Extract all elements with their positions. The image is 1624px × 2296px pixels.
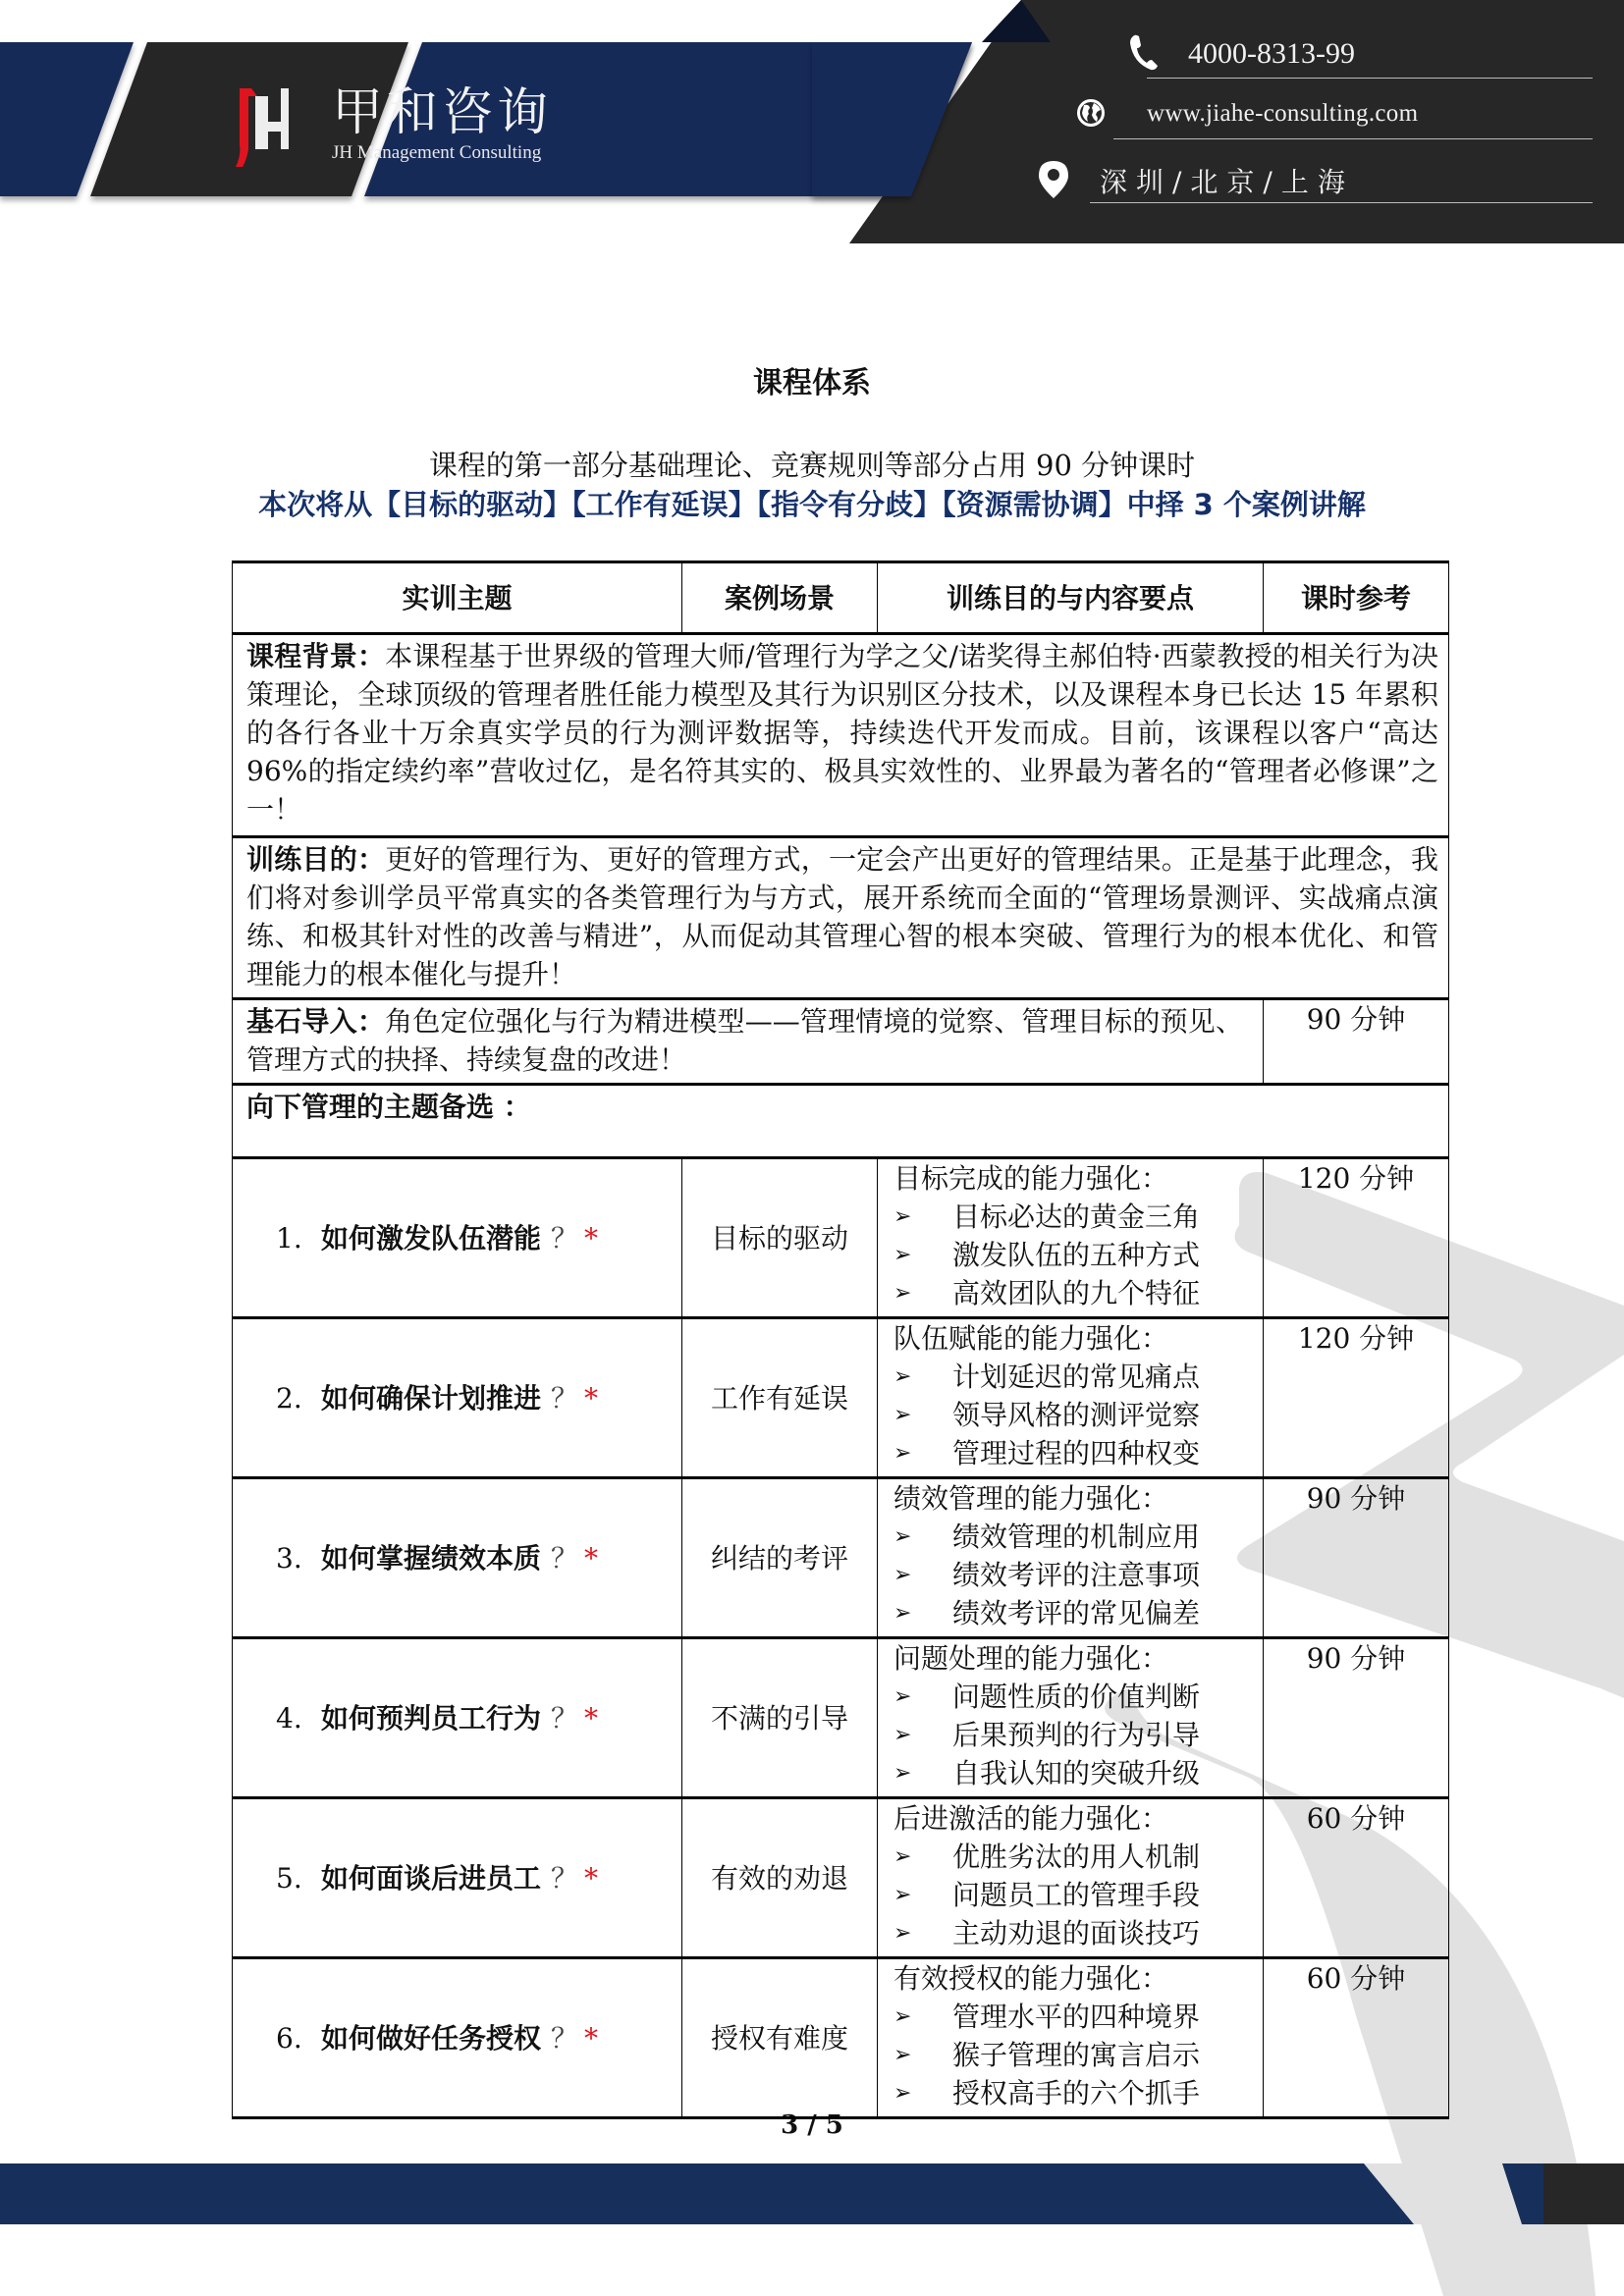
foundation-row: 基石导入：角色定位强化与行为精进模型——管理情境的觉察、管理目标的预见、管理方式…: [233, 999, 1449, 1085]
point-text: 优胜劣汰的用人机制: [952, 1838, 1200, 1876]
topic-cell: 1.如何激发队伍潜能？*: [233, 1158, 682, 1318]
point-text: 管理水平的四种境界: [952, 1998, 1200, 2036]
topic-cell: 3.如何掌握绩效本质？*: [233, 1478, 682, 1638]
duration-cell: 60 分钟: [1264, 1958, 1449, 2118]
background-label: 课程背景：: [246, 640, 385, 672]
arrow-bullet-icon: ➢: [893, 1396, 952, 1434]
list-item: ➢高效团队的九个特征: [893, 1274, 1257, 1312]
scene-cell: 有效的劝退: [682, 1798, 878, 1958]
point-text: 后果预判的行为引导: [952, 1716, 1200, 1754]
phone-icon: [1129, 33, 1159, 71]
header-purpose-points: 训练目的与内容要点: [878, 562, 1264, 634]
arrow-bullet-icon: ➢: [893, 1678, 952, 1716]
scene-cell: 工作有延误: [682, 1318, 878, 1478]
points-cell: 目标完成的能力强化： ➢目标必达的黄金三角 ➢激发队伍的五种方式 ➢高效团队的九…: [878, 1158, 1264, 1318]
arrow-bullet-icon: ➢: [893, 2074, 952, 2112]
subtitle-duration-note: 课程的第一部分基础理论、竞赛规则等部分占用 90 分钟课时: [0, 444, 1624, 484]
points-cell: 队伍赋能的能力强化： ➢计划延迟的常见痛点 ➢领导风格的测评觉察 ➢管理过程的四…: [878, 1318, 1264, 1478]
topic-number: 1.: [276, 1219, 321, 1257]
point-text: 问题员工的管理手段: [952, 1876, 1200, 1914]
point-text: 领导风格的测评觉察: [952, 1396, 1200, 1434]
subtitle-case-selection: 本次将从【目标的驱动】【工作有延误】【指令有分歧】【资源需协调】中择 3 个案例…: [0, 483, 1624, 523]
logo-name-en: JH Management Consulting: [332, 142, 541, 164]
recommended-star-icon: *: [584, 1542, 598, 1575]
topic-number: 6.: [276, 2019, 321, 2057]
arrow-bullet-icon: ➢: [893, 1754, 952, 1792]
recommended-star-icon: *: [584, 2022, 598, 2055]
arrow-bullet-icon: ➢: [893, 2036, 952, 2074]
focus-heading: 队伍赋能的能力强化：: [893, 1319, 1257, 1358]
arrow-bullet-icon: ➢: [893, 1274, 952, 1312]
purpose-label: 训练目的：: [246, 843, 385, 876]
scene-cell: 不满的引导: [682, 1638, 878, 1798]
jh-logo-mark-icon: [234, 88, 293, 167]
list-item: ➢后果预判的行为引导: [893, 1716, 1257, 1754]
arrow-bullet-icon: ➢: [893, 1914, 952, 1952]
foundation-duration: 90 分钟: [1264, 999, 1449, 1085]
topic-title: 如何面谈后进员工: [321, 1862, 541, 1895]
scene-cell: 授权有难度: [682, 1958, 878, 2118]
table-header-row: 实训主题 案例场景 训练目的与内容要点 课时参考: [233, 562, 1449, 634]
point-text: 主动劝退的面谈技巧: [952, 1914, 1200, 1952]
foundation-text: 角色定位强化与行为精进模型——管理情境的觉察、管理目标的预见、管理方式的抉择、持…: [246, 1005, 1243, 1076]
arrow-bullet-icon: ➢: [893, 1876, 952, 1914]
point-text: 计划延迟的常见痛点: [952, 1358, 1200, 1396]
list-item: ➢自我认知的突破升级: [893, 1754, 1257, 1792]
point-text: 绩效管理的机制应用: [952, 1518, 1200, 1556]
phone-number: 4000-8313-99: [1188, 37, 1355, 71]
focus-heading: 有效授权的能力强化：: [893, 1959, 1257, 1998]
arrow-bullet-icon: ➢: [893, 1198, 952, 1236]
point-text: 猴子管理的寓言启示: [952, 2036, 1200, 2074]
topic-cell: 4.如何预判员工行为？*: [233, 1638, 682, 1798]
list-item: ➢优胜劣汰的用人机制: [893, 1838, 1257, 1876]
arrow-bullet-icon: ➢: [893, 1434, 952, 1472]
focus-heading: 绩效管理的能力强化：: [893, 1479, 1257, 1518]
points-cell: 后进激活的能力强化： ➢优胜劣汰的用人机制 ➢问题员工的管理手段 ➢主动劝退的面…: [878, 1798, 1264, 1958]
section-heading-row: 向下管理的主题备选 ：: [233, 1085, 1449, 1158]
focus-heading: 后进激活的能力强化：: [893, 1799, 1257, 1838]
topic-number: 5.: [276, 1859, 321, 1897]
course-table: 实训主题 案例场景 训练目的与内容要点 课时参考 课程背景：本课程基于世界级的管…: [232, 561, 1449, 2119]
section-heading: 向下管理的主题备选 ：: [246, 1091, 531, 1123]
topic-question-mark: ？: [551, 1382, 578, 1415]
point-text: 问题性质的价值判断: [952, 1678, 1200, 1716]
purpose-row: 训练目的：更好的管理行为、更好的管理方式，一定会产出更好的管理结果。正是基于此理…: [233, 837, 1449, 999]
globe-icon: [1077, 99, 1105, 127]
point-text: 高效团队的九个特征: [952, 1274, 1200, 1312]
header-scene: 案例场景: [682, 562, 878, 634]
point-text: 绩效考评的注意事项: [952, 1556, 1200, 1594]
phone-underline: [1147, 78, 1593, 79]
point-text: 目标必达的黄金三角: [952, 1198, 1200, 1236]
topic-question-mark: ？: [551, 1862, 578, 1895]
list-item: ➢问题员工的管理手段: [893, 1876, 1257, 1914]
duration-cell: 120 分钟: [1264, 1318, 1449, 1478]
page-title: 课程体系: [0, 358, 1624, 401]
arrow-bullet-icon: ➢: [893, 1358, 952, 1396]
arrow-bullet-icon: ➢: [893, 1838, 952, 1876]
scene-cell: 目标的驱动: [682, 1158, 878, 1318]
list-item: ➢绩效考评的常见偏差: [893, 1594, 1257, 1632]
topic-question-mark: ？: [551, 2022, 578, 2055]
topic-number: 3.: [276, 1539, 321, 1577]
list-item: ➢领导风格的测评觉察: [893, 1396, 1257, 1434]
topic-title: 如何掌握绩效本质: [321, 1542, 541, 1575]
points-cell: 绩效管理的能力强化： ➢绩效管理的机制应用 ➢绩效考评的注意事项 ➢绩效考评的常…: [878, 1478, 1264, 1638]
arrow-bullet-icon: ➢: [893, 1556, 952, 1594]
points-cell: 有效授权的能力强化： ➢管理水平的四种境界 ➢猴子管理的寓言启示 ➢授权高手的六…: [878, 1958, 1264, 2118]
recommended-star-icon: *: [584, 1222, 598, 1255]
list-item: ➢主动劝退的面谈技巧: [893, 1914, 1257, 1952]
topic-number: 4.: [276, 1699, 321, 1737]
table-row: 1.如何激发队伍潜能？* 目标的驱动 目标完成的能力强化： ➢目标必达的黄金三角…: [233, 1158, 1449, 1318]
arrow-bullet-icon: ➢: [893, 1236, 952, 1274]
recommended-star-icon: *: [584, 1862, 598, 1895]
location-underline: [1090, 202, 1593, 203]
list-item: ➢授权高手的六个抓手: [893, 2074, 1257, 2112]
table-row: 2.如何确保计划推进？* 工作有延误 队伍赋能的能力强化： ➢计划延迟的常见痛点…: [233, 1318, 1449, 1478]
foundation-label: 基石导入：: [246, 1005, 385, 1038]
location-pin-icon: [1039, 161, 1068, 198]
table-row: 5.如何面谈后进员工？* 有效的劝退 后进激活的能力强化： ➢优胜劣汰的用人机制…: [233, 1798, 1449, 1958]
topic-title: 如何做好任务授权: [321, 2022, 541, 2055]
background-row: 课程背景：本课程基于世界级的管理大师/管理行为学之父/诺奖得主郝伯特·西蒙教授的…: [233, 634, 1449, 837]
point-text: 管理过程的四种权变: [952, 1434, 1200, 1472]
recommended-star-icon: *: [584, 1702, 598, 1735]
header-duration: 课时参考: [1264, 562, 1449, 634]
company-logo: 甲和咨询 JH Management Consulting: [234, 83, 558, 172]
topic-title: 如何确保计划推进: [321, 1382, 541, 1415]
focus-heading: 目标完成的能力强化：: [893, 1159, 1257, 1198]
purpose-text: 更好的管理行为、更好的管理方式，一定会产出更好的管理结果。正是基于此理念，我们将…: [246, 843, 1438, 990]
background-text: 本课程基于世界级的管理大师/管理行为学之父/诺奖得主郝伯特·西蒙教授的相关行为决…: [246, 640, 1438, 826]
topic-cell: 5.如何面谈后进员工？*: [233, 1798, 682, 1958]
office-locations: 深圳/北京/上海: [1100, 161, 1354, 200]
list-item: ➢计划延迟的常见痛点: [893, 1358, 1257, 1396]
table-row: 3.如何掌握绩效本质？* 纠结的考评 绩效管理的能力强化： ➢绩效管理的机制应用…: [233, 1478, 1449, 1638]
list-item: ➢管理水平的四种境界: [893, 1998, 1257, 2036]
list-item: ➢猴子管理的寓言启示: [893, 2036, 1257, 2074]
topic-cell: 6.如何做好任务授权？*: [233, 1958, 682, 2118]
points-cell: 问题处理的能力强化： ➢问题性质的价值判断 ➢后果预判的行为引导 ➢自我认知的突…: [878, 1638, 1264, 1798]
topic-question-mark: ？: [551, 1542, 578, 1575]
list-item: ➢绩效考评的注意事项: [893, 1556, 1257, 1594]
duration-cell: 60 分钟: [1264, 1798, 1449, 1958]
list-item: ➢目标必达的黄金三角: [893, 1198, 1257, 1236]
point-text: 绩效考评的常见偏差: [952, 1594, 1200, 1632]
topic-title: 如何预判员工行为: [321, 1702, 541, 1735]
list-item: ➢问题性质的价值判断: [893, 1678, 1257, 1716]
website-link[interactable]: www.jiahe-consulting.com: [1147, 100, 1418, 128]
arrow-bullet-icon: ➢: [893, 1518, 952, 1556]
watermark-footer-overlay: [0, 2163, 1624, 2224]
recommended-star-icon: *: [584, 1382, 598, 1415]
topic-number: 2.: [276, 1379, 321, 1417]
topic-question-mark: ？: [551, 1222, 578, 1255]
list-item: ➢绩效管理的机制应用: [893, 1518, 1257, 1556]
scene-cell: 纠结的考评: [682, 1478, 878, 1638]
point-text: 自我认知的突破升级: [952, 1754, 1200, 1792]
header-topic: 实训主题: [233, 562, 682, 634]
website-underline: [1113, 138, 1593, 139]
list-item: ➢管理过程的四种权变: [893, 1434, 1257, 1472]
table-row: 4.如何预判员工行为？* 不满的引导 问题处理的能力强化： ➢问题性质的价值判断…: [233, 1638, 1449, 1798]
topic-title: 如何激发队伍潜能: [321, 1222, 541, 1255]
duration-cell: 90 分钟: [1264, 1478, 1449, 1638]
duration-cell: 120 分钟: [1264, 1158, 1449, 1318]
arrow-bullet-icon: ➢: [893, 1998, 952, 2036]
duration-cell: 90 分钟: [1264, 1638, 1449, 1798]
logo-name-cn: 甲和咨询: [332, 83, 552, 142]
topic-cell: 2.如何确保计划推进？*: [233, 1318, 682, 1478]
point-text: 激发队伍的五种方式: [952, 1236, 1200, 1274]
topic-question-mark: ？: [551, 1702, 578, 1735]
focus-heading: 问题处理的能力强化：: [893, 1639, 1257, 1678]
point-text: 授权高手的六个抓手: [952, 2074, 1200, 2112]
list-item: ➢激发队伍的五种方式: [893, 1236, 1257, 1274]
arrow-bullet-icon: ➢: [893, 1594, 952, 1632]
arrow-bullet-icon: ➢: [893, 1716, 952, 1754]
table-row: 6.如何做好任务授权？* 授权有难度 有效授权的能力强化： ➢管理水平的四种境界…: [233, 1958, 1449, 2118]
